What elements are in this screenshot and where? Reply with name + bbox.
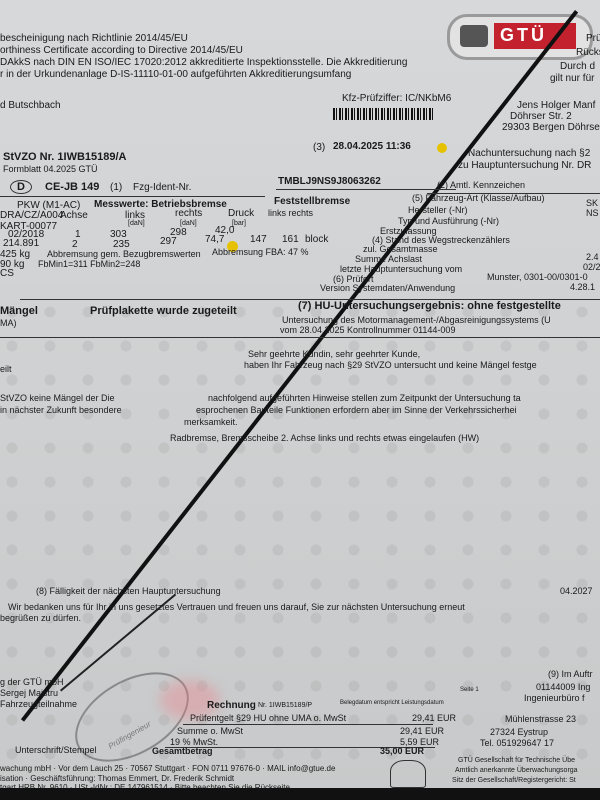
col-pressure: Druck bbox=[228, 208, 254, 219]
defects-heading: Mängel bbox=[0, 305, 38, 317]
right-col-1: Prü bbox=[586, 33, 600, 44]
next-inspection-label: (8) Fälligkeit der nächsten Hauptuntersu… bbox=[36, 586, 221, 596]
hint-item: Radbremse, Bremsscheibe 2. Achse links u… bbox=[170, 433, 479, 443]
col-right: rechts bbox=[175, 208, 202, 219]
info-axle-load: Summe Achslast bbox=[355, 254, 422, 264]
defects-sub: MA) bbox=[0, 318, 17, 328]
amu-date: vom 28.04.2025 Kontrollnummer 01144-009 bbox=[280, 325, 455, 335]
footer-right-2: 01144009 Ing bbox=[536, 682, 590, 692]
footer-left-2: Sergej Maistru bbox=[0, 688, 58, 698]
field1-label: (1) bbox=[110, 182, 122, 193]
footer-left-3: Fahrzeugteilnahme bbox=[0, 699, 77, 709]
divider bbox=[183, 724, 433, 725]
footer-right-3: Ingenieurbüro f bbox=[524, 693, 585, 703]
note-main-inspection: zu Hauptuntersuchung Nr. DR bbox=[458, 160, 591, 171]
owner-street: Döhrser Str. 2 bbox=[510, 111, 572, 122]
unit-left: [daN] bbox=[128, 220, 145, 227]
row2-pressure: 74,7 bbox=[205, 234, 224, 245]
header-line-2: orthiness Certificate according to Direc… bbox=[0, 45, 243, 56]
divider bbox=[0, 337, 600, 338]
header-line-4: r in der Urkundenanlage D-IS-11110-01-00… bbox=[0, 69, 351, 80]
sticker-assigned: Prüfplakette wurde zugeteilt bbox=[90, 305, 237, 317]
company-management: isation · Geschäftsführung: Thomas Emmer… bbox=[0, 774, 234, 783]
vin-value: TMBLJ9NS9J8063262 bbox=[278, 176, 381, 187]
odometer: 214.891 bbox=[3, 238, 39, 249]
company-address: wachung mbH · Vor dem Lauch 25 · 70567 S… bbox=[0, 764, 335, 773]
greeting-left: eilt bbox=[0, 364, 12, 374]
note-followup: Nachuntersuchung nach §2 bbox=[468, 148, 590, 159]
right-col-2: Rücksi bbox=[576, 47, 600, 58]
row2-right: 297 bbox=[160, 236, 177, 247]
invoice-line-amount: 29,41 EUR bbox=[412, 713, 456, 723]
footer-right-6: Tel. 051929647 17 bbox=[480, 738, 554, 748]
vin-label: Fzg-Ident-Nr. bbox=[133, 182, 191, 193]
result-text-3: esprochenen Bauteile Funktionen erforder… bbox=[196, 405, 517, 415]
date-label: (3) bbox=[313, 142, 325, 153]
right-col-4: gilt nur für bbox=[550, 73, 594, 84]
info-type: Typ und Ausführung (-Nr) bbox=[398, 216, 499, 226]
country-code: D bbox=[10, 180, 32, 194]
divider bbox=[276, 189, 456, 190]
info-version: Version Systemdaten/Anwendung bbox=[320, 283, 455, 293]
owner-name: Jens Holger Manf bbox=[517, 100, 595, 111]
divider bbox=[0, 196, 265, 197]
photo-edge bbox=[0, 788, 600, 800]
col-axle: Achse bbox=[60, 210, 88, 221]
value-last-inspection: 02/20 bbox=[583, 262, 600, 272]
parking-status: block bbox=[305, 234, 328, 245]
code-1: DRA/CZ/A004 bbox=[0, 210, 63, 221]
invoice-page: Seite 1 bbox=[460, 687, 479, 693]
result-text-1: haben Ihr Fahrzeug nach §29 StVZO unters… bbox=[244, 360, 537, 370]
footer-right-4: Mühlenstrasse 23 bbox=[505, 714, 576, 724]
license-plate: CE-JB 149 bbox=[45, 181, 99, 193]
barcode bbox=[333, 108, 433, 120]
company-right-3: Sitz der Gesellschaft/Registergericht: S… bbox=[452, 777, 576, 784]
footer-right-1: (9) Im Auftr bbox=[548, 669, 593, 679]
info-last-inspection: letzte Hauptuntersuchung vom bbox=[340, 264, 462, 274]
header-line-3: DAkkS nach DIN EN ISO/IEC 17020:2012 akk… bbox=[0, 57, 407, 68]
abbremsung-fba: Abbremsung FBA: 47 % bbox=[212, 247, 309, 257]
unit-right: [daN] bbox=[180, 220, 197, 227]
abbremsung: Abbremsung gem. Bezugbremswerten bbox=[47, 249, 201, 259]
greeting: Sehr geehrte Kundin, sehr geehrter Kunde… bbox=[248, 349, 420, 359]
form-version: Formblatt 04.2025 GTÜ bbox=[3, 164, 98, 174]
value-manufacturer: NS bbox=[586, 208, 599, 218]
invoice-title: Rechnung bbox=[207, 700, 256, 711]
invoice-line-item: Prüfentgelt §29 HU ohne UMA o. MwSt bbox=[190, 713, 346, 723]
stvzo-number: StVZO Nr. 1IWB15189/A bbox=[3, 151, 127, 163]
header-line-1: bescheinigung nach Richtlinie 2014/45/EU bbox=[0, 33, 188, 44]
value-version: 4.28.1 bbox=[570, 282, 595, 292]
footer-right-5: 27324 Eystrup bbox=[490, 727, 548, 737]
thanks-1: Wir bedanken uns für Ihr in uns gesetzte… bbox=[8, 602, 465, 612]
service-brake-title: Messwerte: Betriebsbremse bbox=[94, 199, 227, 210]
footer-left-1: g der GTÜ mbH bbox=[0, 677, 64, 687]
invoice-note: Belegdatum entspricht Leistungsdatum bbox=[340, 700, 444, 706]
parking-right: 161 bbox=[282, 234, 299, 245]
next-inspection-value: 04.2027 bbox=[560, 586, 593, 596]
result-text-3-left: in nächster Zukunft besondere bbox=[0, 405, 122, 415]
thanks-2: begrüßen zu dürfen. bbox=[0, 613, 81, 623]
invoice-number: Nr. 1IWB15189/P bbox=[258, 702, 312, 709]
parking-left: 147 bbox=[250, 234, 267, 245]
right-col-3: Durch d bbox=[560, 61, 595, 72]
invoice-total-label: Gesamtbetrag bbox=[152, 746, 213, 756]
hu-result-title: (7) HU-Untersuchungsergebnis: ohne festg… bbox=[298, 300, 561, 312]
signature-label: Unterschrift/Stempel bbox=[15, 745, 97, 755]
parking-cols: links rechts bbox=[268, 208, 313, 218]
location: d Butschbach bbox=[0, 100, 61, 111]
amu-line: Untersuchung des Motormanagement-/Abgasr… bbox=[282, 315, 551, 325]
inspection-certificate: bescheinigung nach Richtlinie 2014/45/EU… bbox=[0, 0, 600, 800]
owner-city: 29303 Bergen Döhrser bbox=[502, 122, 600, 133]
result-text-2: nachfolgend aufgeführten Hinweise stelle… bbox=[208, 393, 521, 403]
gtue-mascot-icon bbox=[390, 760, 426, 788]
inspection-date: 28.04.2025 11:36 bbox=[333, 141, 411, 152]
value-test-location: Munster, 0301-00/0301-0 bbox=[487, 272, 588, 282]
fbmin: FbMin1=311 FbMin2=248 bbox=[38, 259, 140, 269]
value-gross-mass: 2.4 bbox=[586, 252, 599, 262]
company-right-2: Amtlich anerkannte Überwachungsorga bbox=[455, 767, 578, 774]
company-right-1: GTÜ Gesellschaft für Technische Übe bbox=[458, 757, 575, 764]
parking-brake-title: Feststellbremse bbox=[274, 196, 350, 207]
inspector-id: Kfz-Prüfziffer: IC/NKbM6 bbox=[342, 93, 451, 104]
info-manufacturer: Hersteller (-Nr) bbox=[408, 205, 468, 215]
result-text-2-left: StVZO keine Mängel der Die bbox=[0, 393, 115, 403]
value-class: SK bbox=[586, 198, 598, 208]
result-text-4: merksamkeit. bbox=[184, 417, 238, 427]
info-class: (5) Fahrzeug-Art (Klasse/Aufbau) bbox=[412, 193, 545, 203]
invoice-sum-label: Summe o. MwSt bbox=[177, 726, 243, 736]
info-gross-mass: zul. Gesamtmasse bbox=[363, 244, 438, 254]
yellow-dot bbox=[437, 143, 447, 153]
invoice-total-amount: 35,00 EUR bbox=[380, 746, 424, 756]
invoice-sum-amount: 29,41 EUR bbox=[400, 726, 444, 736]
code-7: CS bbox=[0, 268, 14, 279]
